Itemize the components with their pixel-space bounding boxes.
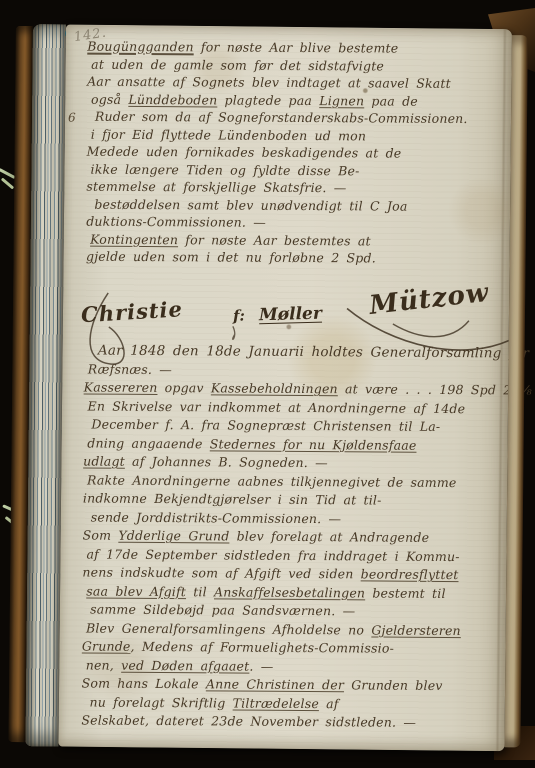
entry-1848-text: Aar 1848 den 18de Januarii holdtes Gener…	[81, 341, 504, 732]
manuscript-line: December f. A. fra Sognepræst Christense…	[91, 416, 503, 437]
text-segment: for nøste Aar bestemtes at	[178, 232, 371, 248]
text-segment: December f. A. fra Sognepræst Christense…	[91, 417, 440, 434]
text-segment: nen,	[86, 657, 122, 672]
text-segment: samme Sildebøjd paa Sandsværnen. —	[90, 602, 355, 619]
text-segment: duktions-Commissionen. —	[86, 214, 266, 230]
text-segment: af Johannes B. Sogneden. —	[125, 454, 328, 470]
text-segment: En Skrivelse var indkommet at Anordninge…	[88, 398, 466, 416]
entry-previous-year-text: Bougüngganden for nøste Aar blive bestem…	[86, 38, 507, 268]
text-segment: Aar ansatte af Sognets blev indtaget at …	[87, 74, 451, 91]
text-segment: nu forelagt Skriftlig	[89, 694, 232, 710]
manuscript-line: duktions-Commissionen. —	[86, 213, 506, 233]
text-segment: Rakte Anordningerne aabnes tilkjennegive…	[87, 472, 457, 490]
text-segment: Kassebeholdningen	[211, 380, 338, 396]
text-segment: udlagt	[83, 453, 125, 468]
manuscript-line: Som hans Lokale Anne Christinen der Grun…	[82, 674, 502, 695]
text-segment: bestemt til	[365, 585, 446, 601]
text-segment: Grunden blev	[344, 677, 443, 693]
text-segment: i fjor Eid flyttede Lündenboden ud mon	[91, 126, 366, 143]
text-segment: paa de	[364, 93, 418, 108]
text-segment: indkomne Bekjendtgjørelser i sin Tid at …	[83, 490, 382, 507]
manuscript-line: Medede uden fornikades beskadigendes at …	[87, 143, 507, 163]
text-segment: blev forelagt at Andragende	[229, 528, 429, 544]
text-segment: Lignen	[319, 93, 364, 108]
text-segment: for nøste Aar blive bestemte	[194, 39, 399, 55]
manuscript-line: udlagt af Johannes B. Sogneden. —	[83, 452, 503, 473]
manuscript-line: samme Sildebøjd paa Sandsværnen. —	[90, 601, 502, 622]
text-segment: Bougüngganden	[87, 39, 194, 55]
text-segment: . —	[249, 658, 273, 673]
text-segment: Anskaffelsesbetalingen	[214, 584, 365, 600]
text-segment: dning angaaende	[87, 435, 210, 451]
text-segment: sende Jorddistrikts-Commissionen. —	[91, 509, 342, 526]
manuscript-line: nens indskudte som af Afgift ved siden b…	[82, 563, 502, 584]
text-segment: Ydderlige Grund	[118, 528, 229, 544]
manuscript-line: gjelde uden som i det nu forløbne 2 Spd.	[86, 248, 506, 268]
text-segment: Blev Generalforsamlingens Afholdelse no	[86, 620, 371, 637]
text-segment: Kassereren	[84, 379, 158, 395]
signature-row: Christie f:Møller Mützow	[73, 277, 504, 343]
text-segment: Kontingenten	[90, 231, 178, 247]
photo-background: { "colors": { "background": "#0b0805", "…	[0, 0, 535, 768]
text-segment: Gjeldersteren	[371, 622, 461, 638]
manuscript-line: Selskabet, dateret 23de November sidstle…	[81, 711, 501, 732]
manuscript-line: Som Ydderlige Grund blev forelagt at And…	[83, 526, 503, 547]
text-segment: Som hans Lokale	[82, 675, 206, 691]
manuscript-line: Grunde, Medens af Formuelighets-Commissi…	[82, 637, 502, 658]
text-segment: at uden de gamle som før det sidstafvigt…	[91, 56, 384, 73]
protocol-book: 142. 6 Bougüngganden for nøste Aar blive…	[8, 24, 528, 751]
text-segment: Ruder som da af Sogneforstanderskabs-Com…	[95, 109, 468, 126]
text-segment: af 17de September sidstleden fra inddrag…	[86, 546, 459, 564]
text-segment: også	[91, 91, 128, 106]
text-segment: ikke længere Tiden og fyldte disse Be-	[91, 161, 360, 178]
text-segment: af	[319, 696, 339, 711]
manuscript-line: stemmelse at forskjellige Skatsfrie. —	[86, 178, 506, 198]
text-segment: stemmelse at forskjellige Skatsfrie. —	[86, 179, 346, 196]
text-segment: Som	[83, 527, 119, 542]
signature-moller: f:Møller	[233, 304, 322, 326]
margin-note: 6	[68, 111, 76, 125]
text-segment: Selskabet, dateret 23de November sidstle…	[81, 712, 416, 729]
text-segment: til	[186, 584, 214, 599]
text-segment: opgav	[157, 380, 210, 395]
manuscript-line: Aar 1848 den 18de Januarii holdtes Gener…	[98, 342, 504, 363]
text-segment: Ræfsnæs. —	[88, 361, 172, 377]
text-segment: at være . . .	[338, 381, 440, 397]
manuscript-line: Aar ansatte af Sognets blev indtaget at …	[87, 73, 507, 93]
text-segment: gjelde uden som i det nu forløbne 2 Spd.	[86, 249, 376, 266]
text-segment: beordresflyttet	[361, 566, 459, 582]
text-segment: saa blev Afgift	[86, 583, 186, 599]
text-segment: Anne Christinen der	[206, 676, 344, 692]
signature-prefix: f:	[233, 307, 245, 325]
manuscript-line: Bougüngganden for nøste Aar blive bestem…	[87, 38, 507, 58]
text-segment: nens indskudte som af Afgift ved siden	[82, 564, 360, 581]
text-segment: Grunde	[82, 638, 131, 653]
binding-ribbon	[1, 178, 14, 190]
text-segment: Tiltrædelelse	[233, 695, 319, 711]
text-segment: Lünddeboden	[128, 91, 217, 107]
manuscript-page: 142. 6 Bougüngganden for nøste Aar blive…	[58, 25, 512, 752]
signature-christie: Christie	[80, 296, 183, 327]
text-segment: ved Døden afgaaet	[121, 657, 249, 673]
text-segment: Medede uden fornikades beskadigendes at …	[87, 144, 402, 161]
manuscript-line: indkomne Bekjendtgjørelser i sin Tid at …	[83, 489, 503, 510]
signature-moller-name: Møller	[259, 304, 322, 326]
manuscript-line: Kassereren opgav Kassebeholdningen at væ…	[84, 378, 504, 399]
text-segment: Aar 1848 den 18de Januarii holdtes Gener…	[98, 343, 529, 362]
signature-mutzow: Mützow	[368, 278, 491, 321]
text-segment: Stedernes for nu Kjøldensfaae	[210, 436, 417, 452]
text-segment: bestøddelsen samt blev unødvendigt til C…	[94, 196, 407, 213]
text-segment: , Medens af Formuelighets-Commissio-	[130, 639, 394, 656]
manuscript-line: Ruder som da af Sogneforstanderskabs-Com…	[95, 108, 507, 128]
text-segment: plagtede paa	[217, 92, 319, 108]
